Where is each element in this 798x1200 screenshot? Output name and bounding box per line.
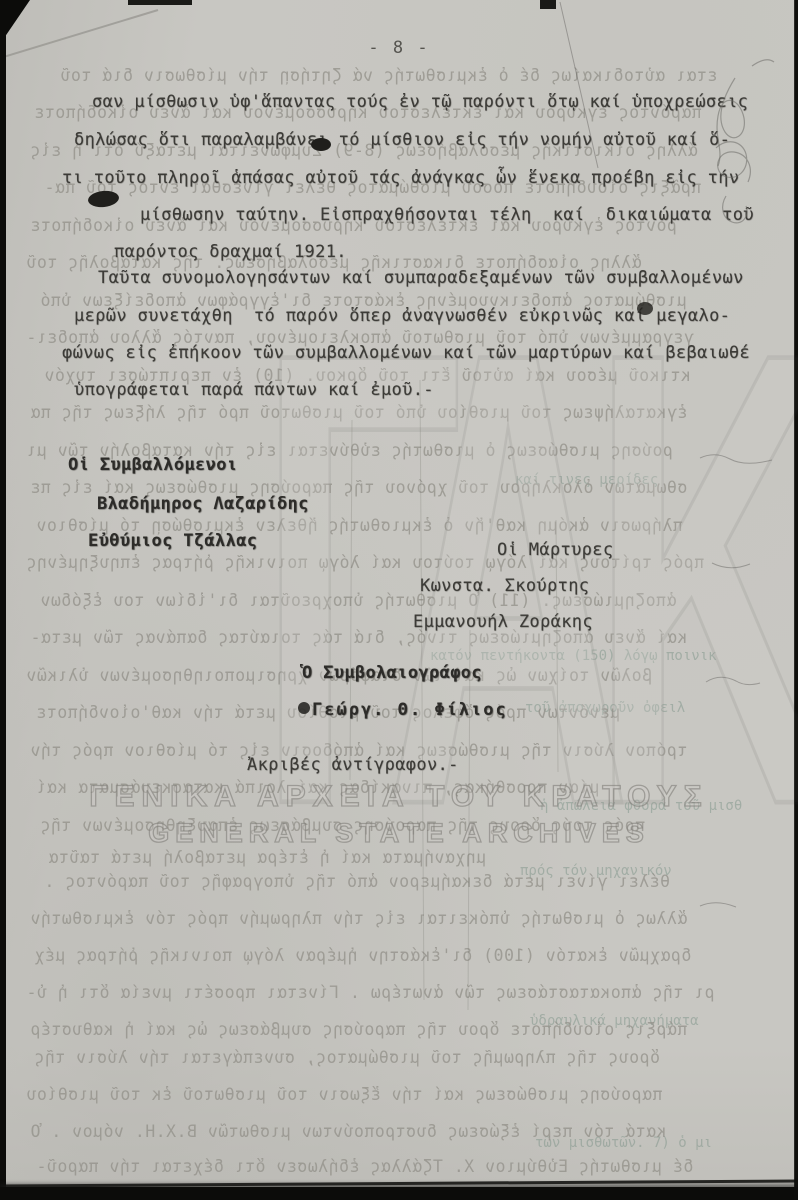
signature-witness-1: Κωνστα. Σκούρτης bbox=[420, 576, 589, 596]
scan-edge-mark bbox=[540, 0, 556, 9]
bleed-line: κατά τόν περί ἐξώσεως δυστροπούντων μισθ… bbox=[30, 1122, 666, 1141]
ink-blob bbox=[298, 702, 310, 714]
archive-watermark-greek: ΓΕΝΙΚΑ ΑΡΧΕΙΑ ΤΟΥ ΚΡΑΤΟΥΣ bbox=[0, 780, 798, 814]
body-line: μίσθωσην ταύτην. Εἰσπραχθήσονται τέλη κα… bbox=[140, 205, 754, 225]
body-line: φώνως εἰς ἐπήκοον τῶν συμβαλλομένων καί … bbox=[62, 343, 750, 363]
certified-copy-note: Ἀκριβές ἀντίγραφον.- bbox=[247, 755, 459, 775]
bleed-line: παρούσης μισθώσεως καί τήν ἔξωσιν τοῦ μι… bbox=[26, 1085, 662, 1104]
ink-blob bbox=[311, 138, 331, 151]
signature-notary-heading: Ὁ Συμβολαιογράφος bbox=[302, 663, 482, 683]
signature-witnesses-heading: Οἱ Μάρτυρες bbox=[497, 540, 613, 560]
bleed-line: ὅρους τῆς πληρωμῆς τοῦ μισθώματος, συνεπ… bbox=[34, 1048, 660, 1067]
bleed-line: πάρξις οἱουδήποτε ὅρου τῆς παρούσης συμβ… bbox=[30, 1020, 687, 1039]
scan-edge-right bbox=[794, 0, 798, 1200]
bleed-line: δραχμῶν ἑκατόν (100) δι'ἑκάστην ἡμέραν λ… bbox=[34, 946, 691, 965]
scan-edge-bottom bbox=[0, 1187, 798, 1200]
archive-watermark-english: GENERAL STATE ARCHIVES bbox=[0, 818, 798, 849]
signature-party-2: Εὐθύμιος Τζάλλας bbox=[88, 531, 257, 551]
body-line: μερῶν συνετάχθη τό παρόν ὅπερ ἀναγνωσθέν… bbox=[74, 306, 730, 326]
body-line: ὑπογράφεται παρά πάντων καί ἐμοῦ.- bbox=[74, 380, 434, 400]
body-line: Ταῦτα συνομολογησάντων καί συμπαραδεξαμέ… bbox=[98, 268, 744, 288]
bleed-line: δέ μισθωτής Εὐθύμιον Χ. Τζάλλας ἐδήλωσεν… bbox=[36, 1157, 693, 1176]
ink-blob bbox=[637, 302, 653, 315]
scan-edge-left bbox=[0, 0, 6, 1200]
body-line: παρόντος δραχμαί 1921. bbox=[114, 242, 347, 262]
signature-party-1: Βλαδήμηρος Λαζαρίδης bbox=[97, 494, 309, 514]
body-line: τι τοῦτο πληροῖ ἁπάσας αὐτοῦ τάς ἀνάγκας… bbox=[62, 168, 739, 188]
body-line: σαν μίσθωσιν ὑφ'ἅπαντας τούς ἐν τῷ παρόν… bbox=[92, 92, 748, 112]
scan-corner-top-left bbox=[0, 0, 30, 44]
scanned-document: εται αὐτοδικαίως δέ ὁ ἐκμισθωτής νά ζητή… bbox=[0, 0, 798, 1200]
signature-notary-name: Γεώργ. Θ. Φίλιος bbox=[312, 700, 508, 720]
bleed-line: εται αὐτοδικαίως δέ ὁ ἐκμισθωτής νά ζητή… bbox=[60, 66, 717, 85]
page-number: - 8 - bbox=[0, 38, 798, 58]
body-line: δηλώσας ὅτι παραλαμβάνει τό μίσθιον εἰς … bbox=[74, 130, 730, 150]
signature-parties-heading: Οἱ Συμβαλλόμενοι bbox=[68, 455, 237, 475]
bleed-line: ρι τῆς ἀποκαταστάσεως τῶν ἀνωτέρω . Γίνε… bbox=[26, 983, 715, 1002]
signature-witness-2: Εμμανουήλ Ζοράκης bbox=[413, 612, 593, 632]
scan-edge-mark bbox=[128, 0, 192, 5]
